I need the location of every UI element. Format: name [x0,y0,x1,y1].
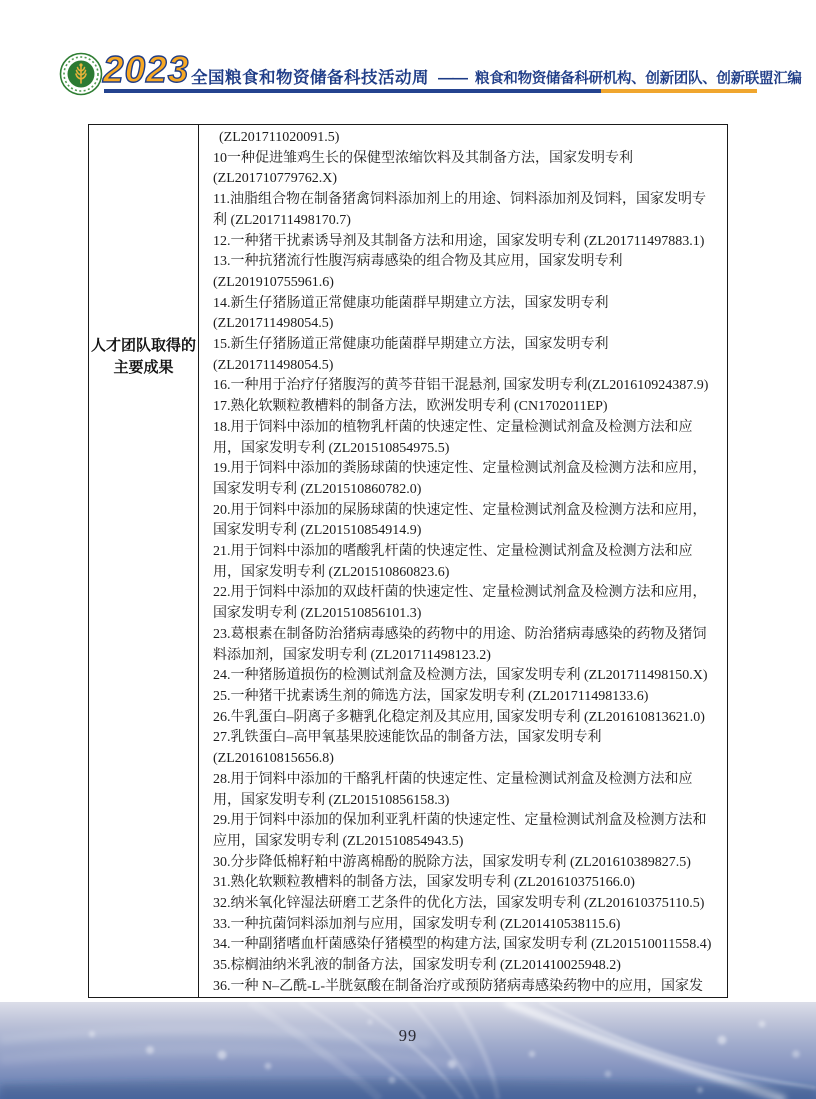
patent-item: 21.用于饲料中添加的嗜酸乳杆菌的快速定性、定量检测试剂盒及检测方法和应用，国家… [213,542,719,583]
patent-item: 15.新生仔猪肠道正常健康功能菌群早期建立方法，国家发明专利 (ZL201711… [213,335,719,376]
results-table: 人才团队取得的 主要成果 (ZL201711020091.5)10一种促进雏鸡生… [88,124,728,998]
rule-blue-segment [104,89,601,93]
header-rule [104,89,757,93]
row-header-cell: 人才团队取得的 主要成果 [89,125,199,997]
year-badge: 2023 [103,50,189,90]
compilation-title: 粮食和物资储备科研机构、创新团队、创新联盟汇编 [475,71,802,87]
page-number: 99 [0,1026,816,1046]
patent-item: 18.用于饲料中添加的植物乳杆菌的快速定性、定量检测试剂盒及检测方法和应用，国家… [213,418,719,459]
patent-item: 31.熟化软颗粒教槽料的制备方法，国家发明专利 (ZL201610375166.… [213,873,719,894]
footer-wave-graphic [0,1002,816,1099]
patent-item: 35.棕榈油纳米乳液的制备方法，国家发明专利 (ZL201410025948.2… [213,956,719,977]
document-page: 2023 全国粮食和物资储备科技活动周——粮食和物资储备科研机构、创新团队、创新… [0,0,816,1099]
header-title: 全国粮食和物资储备科技活动周——粮食和物资储备科研机构、创新团队、创新联盟汇编 [191,64,791,88]
patent-item: 17.熟化软颗粒教槽料的制备方法，欧洲发明专利 (CN1702011EP) [213,397,719,418]
row-label-line1: 人才团队取得的 [89,335,198,357]
patent-item: 25.一种猪干扰素诱生剂的筛选方法，国家发明专利 (ZL201711498133… [213,687,719,708]
patent-item: 20.用于饲料中添加的屎肠球菌的快速定性、定量检测试剂盒及检测方法和应用，国家发… [213,501,719,542]
patent-item: (ZL201711020091.5) [213,128,719,149]
patent-item: 33.一种抗菌饲料添加剂与应用，国家发明专利 (ZL201410538115.6… [213,915,719,936]
patent-item: 34.一种副猪嗜血杆菌感染仔猪模型的构建方法, 国家发明专利 (ZL201510… [213,935,719,956]
patent-item: 13.一种抗猪流行性腹泻病毒感染的组合物及其应用，国家发明专利 (ZL20191… [213,252,719,293]
patent-item: 36.一种 N–乙酰-L-半胱氨酸在制备治疗或预防猪病毒感染药物中的应用，国家发 [213,977,719,997]
patent-item: 11.油脂组合物在制备猪禽饲料添加剂上的用途、饲料添加剂及饲料，国家发明专利 (… [213,190,719,231]
patent-item: 14.新生仔猪肠道正常健康功能菌群早期建立方法，国家发明专利 (ZL201711… [213,294,719,335]
event-title: 全国粮食和物资储备科技活动周 [191,69,429,87]
patent-item: 16.一种用于治疗仔猪腹泻的黄芩苷铝干混悬剂, 国家发明专利(ZL2016109… [213,376,719,397]
patent-item: 30.分步降低棉籽粕中游离棉酚的脱除方法，国家发明专利 (ZL201610389… [213,853,719,874]
patent-item: 27.乳铁蛋白–高甲氧基果胶速能饮品的制备方法，国家发明专利 (ZL201610… [213,728,719,769]
patent-list: (ZL201711020091.5)10一种促进雏鸡生长的保健型浓缩饮料及其制备… [199,125,727,997]
row-label-line2: 主要成果 [89,357,198,379]
patent-item: 29.用于饲料中添加的保加利亚乳杆菌的快速定性、定量检测试剂盒及检测方法和应用，… [213,811,719,852]
patent-item: 32.纳米氧化锌湿法研磨工艺条件的优化方法，国家发明专利 (ZL20161037… [213,894,719,915]
patent-item: 22.用于饲料中添加的双歧杆菌的快速定性、定量检测试剂盒及检测方法和应用，国家发… [213,583,719,624]
patent-item: 26.牛乳蛋白–阴离子多糖乳化稳定剂及其应用, 国家发明专利 (ZL201610… [213,708,719,729]
page-header: 2023 全国粮食和物资储备科技活动周——粮食和物资储备科研机构、创新团队、创新… [0,0,816,110]
page-footer: 99 [0,1002,816,1099]
patent-item: 19.用于饲料中添加的粪肠球菌的快速定性、定量检测试剂盒及检测方法和应用，国家发… [213,459,719,500]
rule-gold-segment [601,89,757,93]
patent-item: 23.葛根素在制备防治猪病毒感染的药物中的用途、防治猪病毒感染的药物及猪饲料添加… [213,625,719,666]
wheat-emblem-icon [59,52,103,96]
patent-item: 12.一种猪干扰素诱导剂及其制备方法和用途，国家发明专利 (ZL20171149… [213,232,719,253]
patent-item: 24.一种猪肠道损伤的检测试剂盒及检测方法，国家发明专利 (ZL20171149… [213,666,719,687]
title-separator: —— [438,70,466,87]
patent-item: 28.用于饲料中添加的干酪乳杆菌的快速定性、定量检测试剂盒及检测方法和应用，国家… [213,770,719,811]
patent-item: 10一种促进雏鸡生长的保健型浓缩饮料及其制备方法，国家发明专利 (ZL20171… [213,149,719,190]
